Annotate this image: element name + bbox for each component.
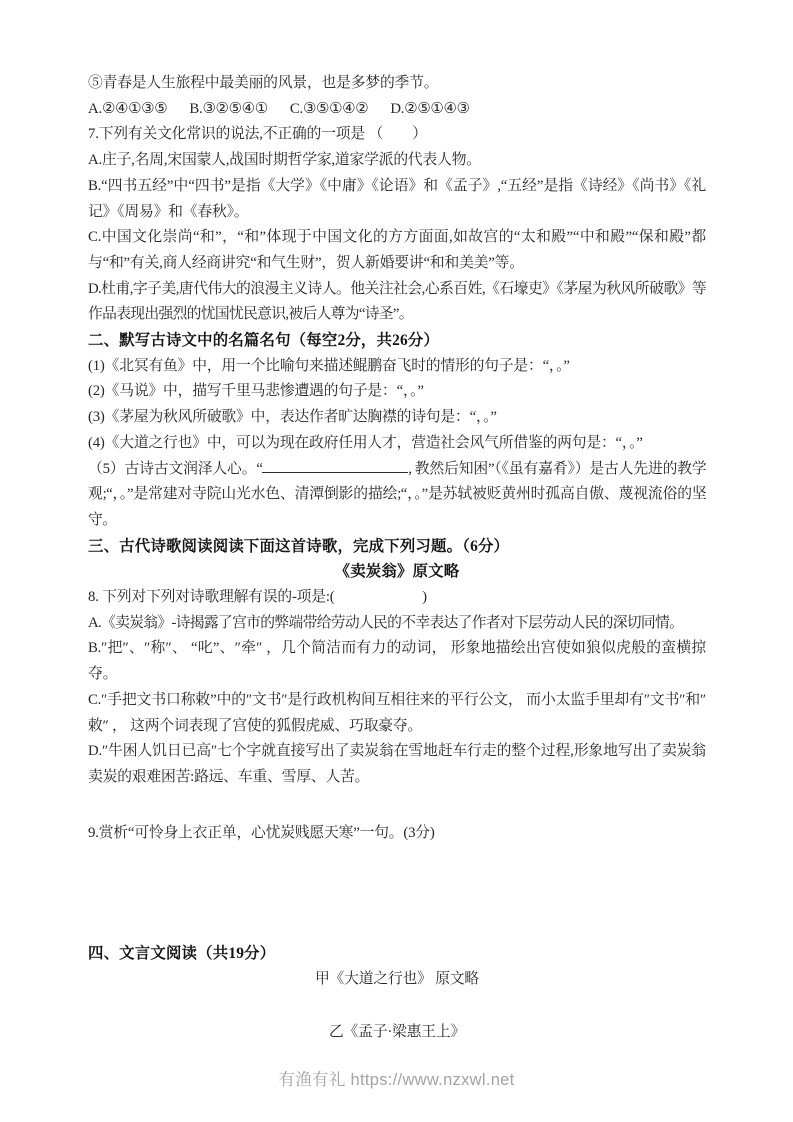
q7-option-b: B.“四书五经”中“四书”是指《大学》《中庸》《论语》和《孟子》,“五经”是指《… xyxy=(88,174,706,225)
q7-stem: 7.下列有关文化常识的说法,不正确的一项是 （ ） xyxy=(88,122,706,148)
q8-stem: 8. 下列对下列对诗歌理解有误的-项是:( ) xyxy=(88,585,706,611)
section2-item-3: (3)《茅屋为秋风所破歌》中，表达作者旷达胸襟的诗句是：“，。” xyxy=(88,405,706,431)
section2-heading: 二、默写古诗文中的名篇名句（每空2分，共26分） xyxy=(88,328,706,354)
exam-document-page: ⑤青春是人生旅程中最美丽的风景，也是多梦的季节。 A.②④①③⑤ B.③②⑤④①… xyxy=(0,0,793,1122)
q8-option-c: C.″手把文书口称敕”中的″文书″是行政机构间互相往来的平行公文， 而小太监手里… xyxy=(88,688,706,739)
passage-a-title: 甲《大道之行也》 原文略 xyxy=(88,967,706,993)
section2-item-1: (1)《北冥有鱼》中，用一个比喻句来描述鲲鹏奋飞时的情形的句子是：“，。” xyxy=(88,354,706,380)
q6-option-d: D.②⑤①④③ xyxy=(390,97,469,123)
section4-heading: 四、文言文阅读（共19分） xyxy=(88,941,706,967)
poem-title: 《卖炭翁》原文略 xyxy=(88,559,706,585)
section2-item-5-pre: （5）古诗古文润泽人心。“ xyxy=(88,461,262,477)
passage-b-title: 乙《孟子·梁惠王上》 xyxy=(88,1020,706,1046)
q8-option-a: A.《卖炭翁》-诗揭露了宫市的弊端带给劳动人民的不幸表达了作者对下层劳动人民的深… xyxy=(88,611,706,637)
q6-option-a: A.②④①③⑤ xyxy=(88,97,167,123)
q8-option-b: B.″把″、″称″、 “叱”、″牵″ ，几个简洁而有力的动词， 形象地描绘出宫使… xyxy=(88,636,706,687)
q9-stem: 9.赏析“可怜身上衣正单，心忧炭贱愿天寒”一句。(3分) xyxy=(88,821,706,847)
watermark-footer: 有渔有礼 https://www.nzxwl.net xyxy=(0,1066,793,1090)
section2-item-2: (2)《马说》中，描写千里马悲惨遭遇的句子是：“，。” xyxy=(88,379,706,405)
q6-options-row: A.②④①③⑤ B.③②⑤④① C.③⑤①④② D.②⑤①④③ xyxy=(88,97,706,123)
q8-option-d: D.″牛困人饥日已高″七个字就直接写出了卖炭翁在雪地赶车行走的整个过程,形象地写… xyxy=(88,739,706,790)
section2-item-4: (4)《大道之行也》中，可以为现在政府任用人才，营造社会风气所借鉴的两句是：“，… xyxy=(88,431,706,457)
section2-item-5: （5）古诗古文润泽人心。“, 教然后知困”（《虽有嘉肴》）是古人先进的教学观;“… xyxy=(88,457,706,534)
sentence-item-5: ⑤青春是人生旅程中最美丽的风景，也是多梦的季节。 xyxy=(88,71,706,97)
q6-option-b: B.③②⑤④① xyxy=(189,97,268,123)
q7-option-a: A.庄子,名周,宋国蒙人,战国时期哲学家,道家学派的代表人物。 xyxy=(88,148,706,174)
q7-option-c: C.中国文化崇尚“和”，“和”体现于中国文化的方方面面,如故宫的“太和殿”“中和… xyxy=(88,225,706,276)
document-body: ⑤青春是人生旅程中最美丽的风景，也是多梦的季节。 A.②④①③⑤ B.③②⑤④①… xyxy=(88,71,706,1046)
q7-option-d: D.杜甫,字子美,唐代伟大的浪漫主义诗人。他关注社会,心系百姓,《石壕吏》《茅屋… xyxy=(88,277,706,328)
section3-heading: 三、古代诗歌阅读阅读下面这首诗歌，完成下列习题。（6分） xyxy=(88,534,706,560)
fill-in-blank-line xyxy=(262,460,408,473)
q6-option-c: C.③⑤①④② xyxy=(290,97,369,123)
